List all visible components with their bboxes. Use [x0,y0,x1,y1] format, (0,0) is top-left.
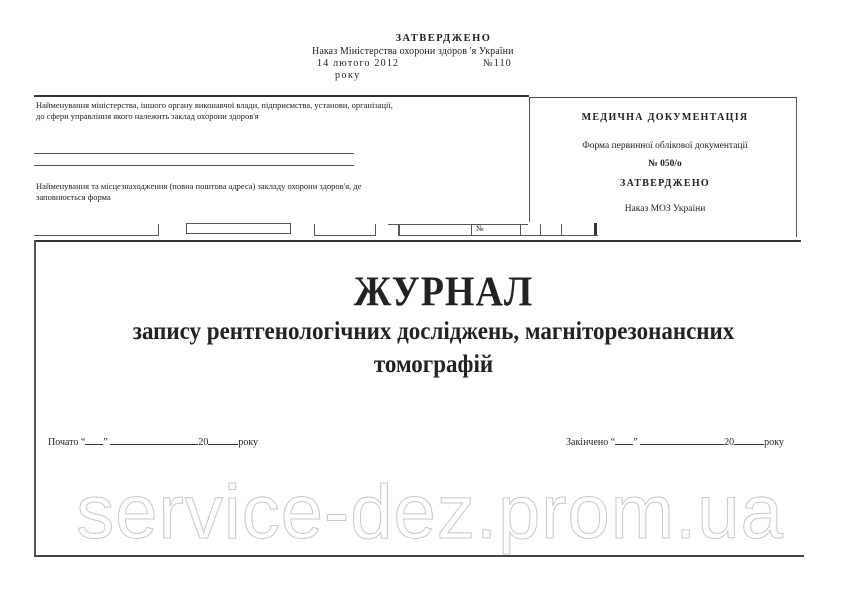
finished-day-field[interactable] [615,435,633,445]
finished-year-field[interactable] [734,435,764,445]
finished-date-line: Закінчено “” 20року [566,435,784,448]
code-field-3-tick-left [314,224,315,236]
code-field-3[interactable] [314,235,376,236]
approval-number: №110 [483,58,512,69]
code-field-2[interactable] [186,223,291,234]
ministry-fill-line-1[interactable] [34,153,354,154]
ministry-fill-line-2[interactable] [34,165,354,166]
watermark: service-dez.prom.ua [30,473,830,553]
medical-form-label: Форма первинної облікової документації [530,141,800,151]
approval-title: ЗАТВЕРДЖЕНО [0,33,857,44]
started-year-word: року [238,437,258,448]
code-field-4-tick-a [398,224,400,236]
cover-top-rule [34,240,801,242]
code-field-3-tick-right [375,224,376,236]
medical-approved: ЗАТВЕРДЖЕНО [530,178,800,189]
started-century: 20 [198,437,208,448]
finished-century: 20 [724,437,734,448]
started-label: Почато [48,437,78,448]
header-top-rule [34,95,529,97]
medical-form-number: № 050/о [530,159,800,169]
code-field-5-tick-a [540,224,541,236]
code-field-1-tick [158,224,159,236]
code-field-6-tick [594,223,597,235]
code-field-4[interactable] [388,224,528,225]
medical-documentation-title: МЕДИЧНА ДОКУМЕНТАЦІЯ [530,112,800,123]
started-date-line: Почато “” 20року [48,435,258,448]
code-field-4-bottom [398,235,598,236]
finished-year-word: року [764,437,784,448]
code-field-1[interactable] [34,235,159,236]
code-field-4-tick-b [471,224,472,236]
code-field-5-tick-b [561,224,562,236]
started-month-field[interactable] [110,435,198,445]
approval-order: Наказ Міністерства охорони здоров 'я Укр… [312,46,514,57]
number-mark: № [476,224,484,233]
institution-address-label: Найменування та місцезнаходження (повна … [36,181,366,202]
approval-date: 14 лютого 2012 [317,58,399,69]
journal-subtitle-line-1: запису рентгенологічних досліджень, магн… [0,316,857,345]
approval-year-word: року [335,70,361,81]
journal-title: ЖУРНАЛ [30,267,857,316]
finished-label: Закінчено [566,437,608,448]
started-day-field[interactable] [85,435,103,445]
ministry-name-label: Найменування міністерства, іншого органу… [36,100,396,121]
medical-order: Наказ МОЗ України [530,204,800,214]
finished-close-quote: ” [633,437,637,448]
started-year-field[interactable] [208,435,238,445]
started-close-quote: ” [103,437,107,448]
journal-subtitle-line-2: томографій [0,349,857,378]
finished-month-field[interactable] [640,435,724,445]
cover-bottom-rule [34,555,804,557]
code-field-4-tick-c [520,224,521,236]
medical-box-top-rule [529,97,797,98]
